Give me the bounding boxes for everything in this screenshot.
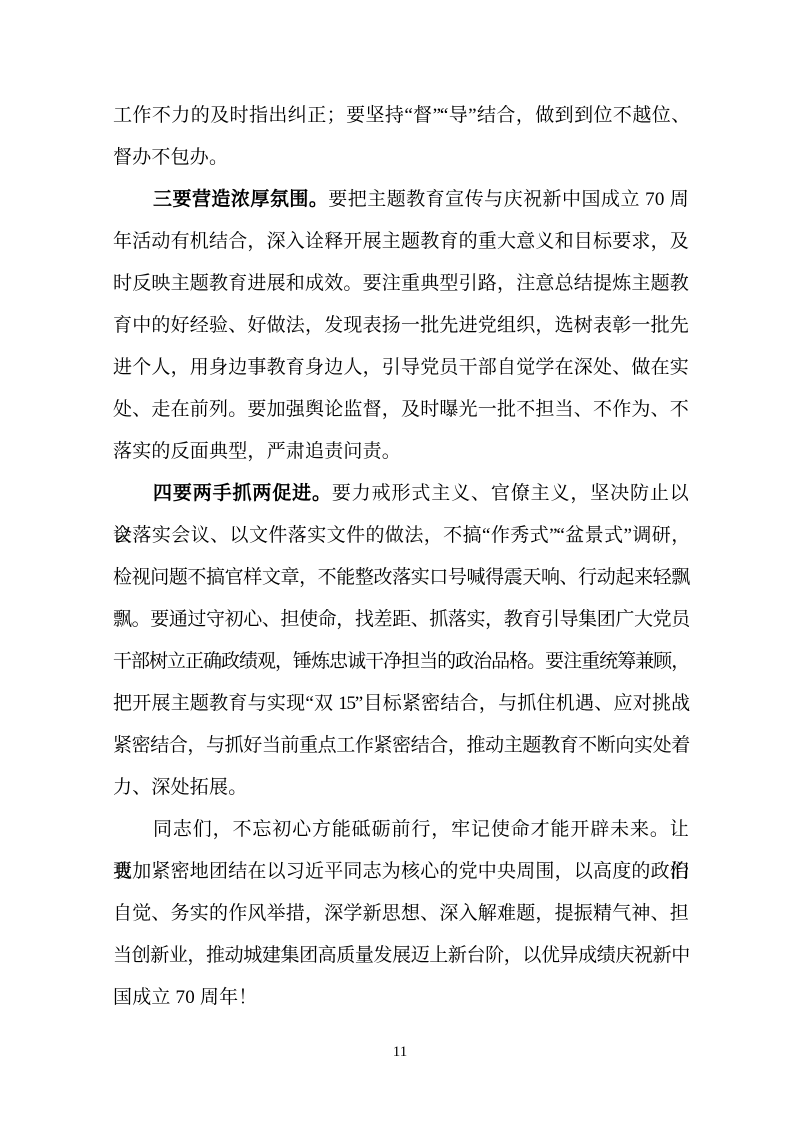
paragraph-bold-lead: 三要营造浓厚氛围。 [153,189,328,210]
text-line: 更加紧密地团结在以习近平同志为核心的党中央周围，以高度的政治 [113,851,689,893]
text-line: 三要营造浓厚氛围。要把主题教育宣传与庆祝新中国成立 70 周 [113,179,689,221]
document-body: 工作不力的及时指出纠正；要坚持“督”“导”结合，做到到位不越位、督办不包办。三要… [113,95,689,1019]
text-line: 年活动有机结合，深入诠释开展主题教育的重大意义和目标要求，及 [113,221,689,263]
text-line: 力、深处拓展。 [113,767,689,809]
page-number: 11 [0,1042,800,1062]
text-line: 国成立 70 周年！ [113,977,689,1019]
text-line: 时反映主题教育进展和成效。要注重典型引路，注意总结提炼主题教 [113,263,689,305]
text-line: 进个人，用身边事教育身边人，引导党员干部自觉学在深处、做在实 [113,347,689,389]
text-line: 议落实会议、以文件落实文件的做法，不搞“作秀式”“盆景式”调研， [113,515,689,557]
text-line: 育中的好经验、好做法，发现表扬一批先进党组织，选树表彰一批先 [113,305,689,347]
text-line: 工作不力的及时指出纠正；要坚持“督”“导”结合，做到到位不越位、 [113,95,689,137]
text-line: 处、走在前列。要加强舆论监督，及时曝光一批不担当、不作为、不 [113,389,689,431]
text-line: 紧密结合，与抓好当前重点工作紧密结合，推动主题教育不断向实处着 [113,725,689,767]
text-line: 检视问题不搞官样文章，不能整改落实口号喊得震天响、行动起来轻飘 [113,557,689,599]
text-line: 飘。要通过守初心、担使命，找差距、抓落实，教育引导集团广大党员 [113,599,689,641]
text-line: 把开展主题教育与实现“双 15”目标紧密结合，与抓住机遇、应对挑战 [113,683,689,725]
text-line: 自觉、务实的作风举措，深学新思想、深入解难题，提振精气神、担 [113,893,689,935]
text-line: 干部树立正确政绩观，锤炼忠诚干净担当的政治品格。要注重统筹兼顾， [113,641,689,683]
document-page: 工作不力的及时指出纠正；要坚持“督”“导”结合，做到到位不越位、督办不包办。三要… [0,0,800,1131]
paragraph-bold-lead: 四要两手抓两促进。 [153,483,332,504]
text-line: 落实的反面典型，严肃追责问责。 [113,431,689,473]
text-line: 督办不包办。 [113,137,689,179]
text-line: 四要两手抓两促进。要力戒形式主义、官僚主义，坚决防止以会 [113,473,689,515]
text-line: 当创新业，推动城建集团高质量发展迈上新台阶，以优异成绩庆祝新中 [113,935,689,977]
text-line: 同志们，不忘初心方能砥砺前行，牢记使命才能开辟未来。让我们 [113,809,689,851]
